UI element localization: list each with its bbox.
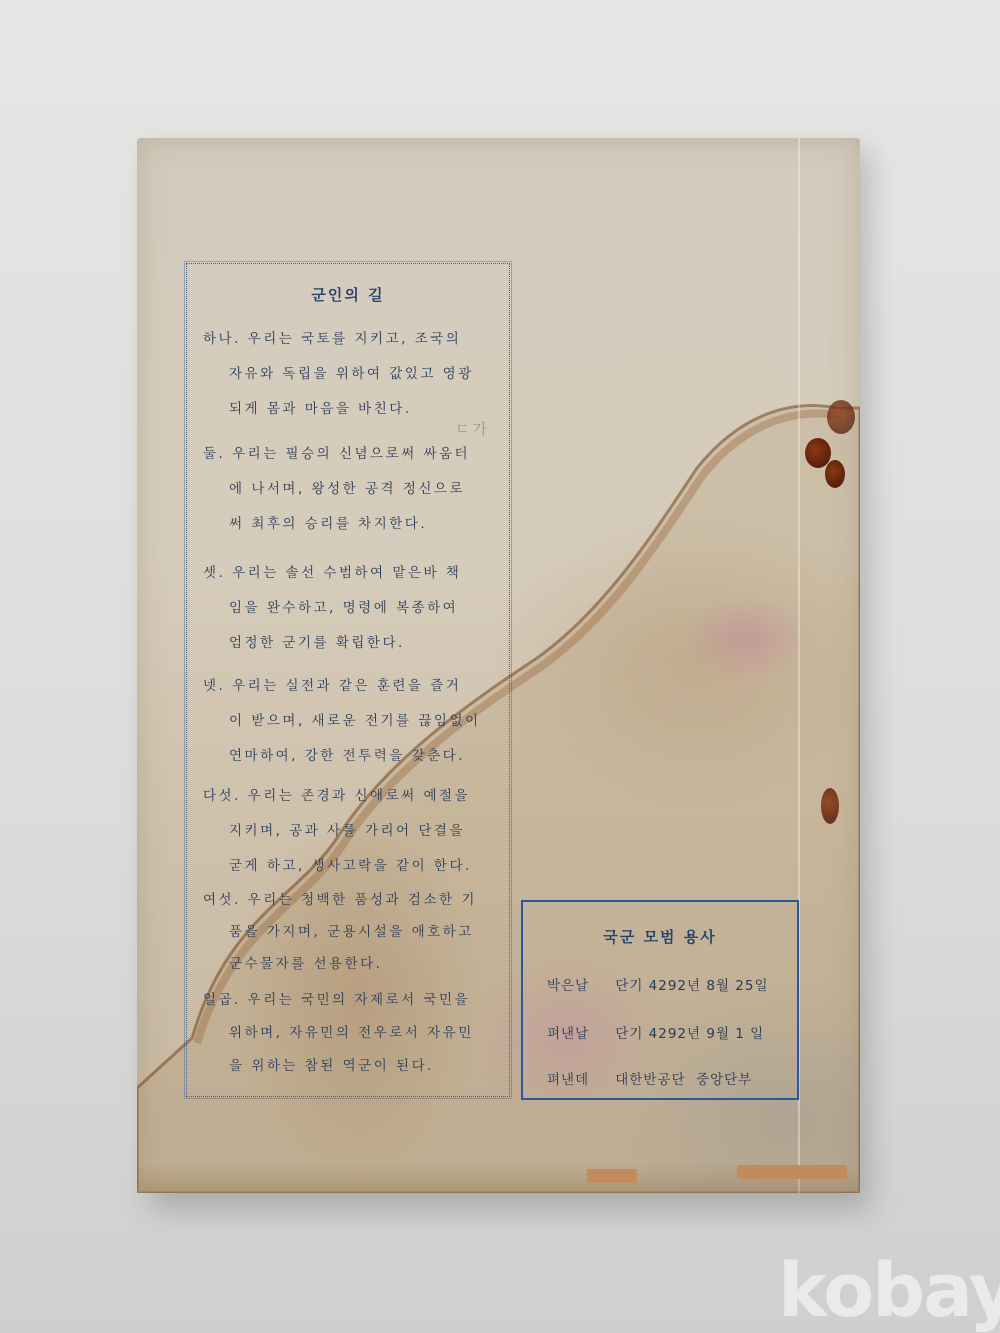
article-line: 여섯. 우리는 청백한 품성과 검소한 기 [203, 884, 503, 916]
article-line: 둘. 우리는 필승의 신념으로써 싸움터 [203, 437, 503, 472]
article-line: 하나. 우리는 국토를 지키고, 조국의 [203, 322, 503, 357]
colophon-publisher: 펴낸데 대한반공단 중앙단부 [547, 1068, 752, 1088]
colophon-title: 국군 모범 용사 [523, 926, 797, 947]
article-line: 지키며, 공과 사를 가리어 단결을 [203, 814, 503, 849]
article-line: 이 받으며, 새로운 전기를 끊임없이 [203, 704, 503, 739]
creed-title: 군인의 길 [187, 284, 509, 305]
article-line: 자유와 독립을 위하여 값있고 영광 [203, 357, 503, 392]
creed-article-4: 넷. 우리는 실전과 같은 훈련을 즐거 이 받으며, 새로운 전기를 끊임없이… [203, 669, 503, 774]
stain-spot [827, 400, 855, 434]
article-line: 써 최후의 승리를 차지한다. [203, 507, 503, 542]
article-line: 위하며, 자유민의 전우로서 자유민 [203, 1017, 503, 1050]
article-line: 다섯. 우리는 존경과 신애로써 예절을 [203, 779, 503, 814]
torn-paper-patch [737, 1165, 847, 1179]
colophon-label: 박은날 [547, 974, 611, 994]
torn-paper-patch [587, 1169, 637, 1183]
article-line: 에 나서며, 왕성한 공격 정신으로 [203, 472, 503, 507]
article-line: 엄정한 군기를 확립한다. [203, 626, 503, 661]
colophon-print-date: 박은날 단기 4292년 8월 25일 [547, 974, 769, 994]
creed-article-1: 하나. 우리는 국토를 지키고, 조국의 자유와 독립을 위하여 값있고 영광 … [203, 322, 503, 427]
article-line: 굳게 하고, 생사고락을 같이 한다. [203, 849, 503, 884]
creed-article-7: 일곱. 우리는 국민의 자제로서 국민을 위하며, 자유민의 전우로서 자유민 … [203, 984, 503, 1083]
colophon-value: 단기 4292년 8월 25일 [615, 978, 768, 994]
colophon-value: 단기 4292년 9월 1 일 [615, 1026, 764, 1042]
article-line: 품을 가지며, 군용시설을 애호하고 [203, 916, 503, 948]
article-line: 임을 완수하고, 명령에 복종하여 [203, 591, 503, 626]
article-line: 군수물자를 선용한다. [203, 948, 503, 980]
article-line: 넷. 우리는 실전과 같은 훈련을 즐거 [203, 669, 503, 704]
creed-article-3: 셋. 우리는 솔선 수범하여 맡은바 책 임을 완수하고, 명령에 복종하여 엄… [203, 556, 503, 661]
article-line: 되게 몸과 마음을 바친다. [203, 392, 503, 427]
creed-article-6: 여섯. 우리는 청백한 품성과 검소한 기 품을 가지며, 군용시설을 애호하고… [203, 884, 503, 980]
creed-article-5: 다섯. 우리는 존경과 신애로써 예절을 지키며, 공과 사를 가리어 단결을 … [203, 779, 503, 884]
colophon-box: 국군 모범 용사 박은날 단기 4292년 8월 25일 펴낸날 단기 4292… [521, 900, 799, 1100]
colophon-publish-date: 펴낸날 단기 4292년 9월 1 일 [547, 1022, 764, 1042]
creed-article-2: 둘. 우리는 필승의 신념으로써 싸움터 에 나서며, 왕성한 공격 정신으로 … [203, 437, 503, 542]
colophon-label: 펴낸날 [547, 1022, 611, 1042]
article-line: 일곱. 우리는 국민의 자제로서 국민을 [203, 984, 503, 1017]
stain-spot [825, 460, 845, 488]
article-line: 셋. 우리는 솔선 수범하여 맡은바 책 [203, 556, 503, 591]
kobay-watermark: kobay [778, 1248, 1000, 1333]
article-line: 연마하여, 강한 전투력을 갖춘다. [203, 739, 503, 774]
colophon-label: 펴낸데 [547, 1068, 611, 1088]
stain-spot [821, 788, 839, 824]
colophon-value: 대한반공단 중앙단부 [615, 1072, 752, 1088]
article-line: 을 위하는 참된 역군이 된다. [203, 1050, 503, 1083]
soldiers-creed-box: 군인의 길 하나. 우리는 국토를 지키고, 조국의 자유와 독립을 위하여 값… [186, 263, 510, 1097]
